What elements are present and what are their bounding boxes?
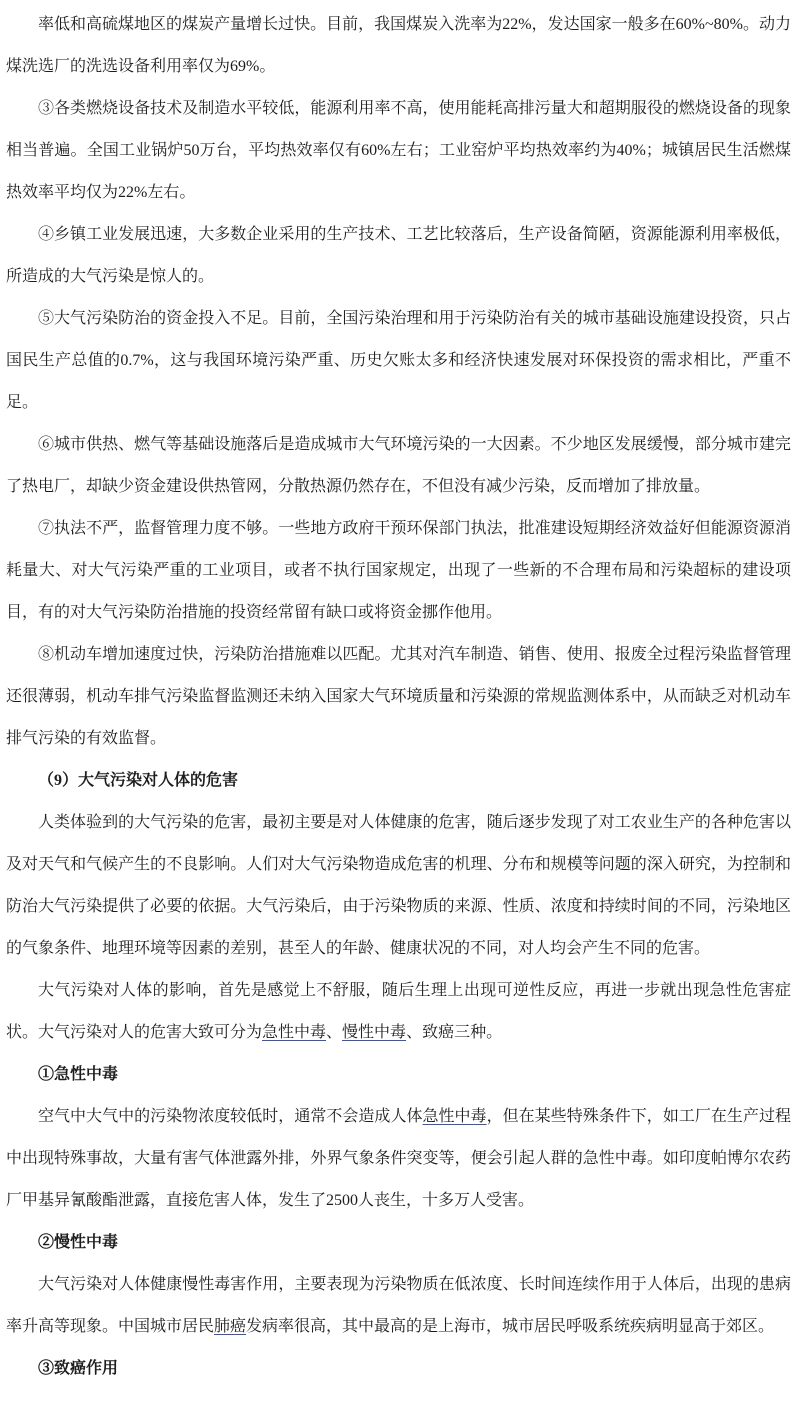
heading: ①急性中毒: [6, 1054, 791, 1096]
paragraph: ⑧机动车增加速度过快，污染防治措施难以匹配。尤其对汽车制造、销售、使用、报废全过…: [6, 634, 791, 760]
paragraph: 大气污染对人体健康慢性毒害作用，主要表现为污染物质在低浓度、长时间连续作用于人体…: [6, 1264, 791, 1348]
heading: （9）大气污染对人体的危害: [6, 760, 791, 802]
paragraph: 空气中大气中的污染物浓度较低时，通常不会造成人体急性中毒，但在某些特殊条件下，如…: [6, 1096, 791, 1222]
numeric-text: 2500: [326, 1192, 358, 1209]
text-run: ，发达国家一般多在: [532, 16, 676, 33]
text-run: 率低和高硫煤地区的煤炭产量增长过快。目前，我国煤炭入洗率为: [38, 16, 502, 33]
underlined-term[interactable]: 肺癌: [214, 1318, 246, 1335]
numeric-text: 69%: [230, 58, 259, 75]
document-page: { "page": { "width": 799, "height": 1293…: [0, 0, 799, 1414]
paragraph: ⑦执法不严，监督管理力度不够。一些地方政府干预环保部门执法，批准建设短期经济效益…: [6, 508, 791, 634]
text-run: ④乡镇工业发展迅速，大多数企业采用的生产技术、工艺比较落后，生产设备简陋，资源能…: [6, 226, 791, 285]
text-run: ①急性中毒: [38, 1066, 118, 1083]
document-body: 率低和高硫煤地区的煤炭产量增长过快。目前，我国煤炭入洗率为22%，发达国家一般多…: [0, 0, 799, 1414]
heading: ③致癌作用: [6, 1348, 791, 1390]
paragraph: 率低和高硫煤地区的煤炭产量增长过快。目前，我国煤炭入洗率为22%，发达国家一般多…: [6, 4, 791, 88]
numeric-text: 60%: [361, 142, 390, 159]
text-run: ）大气污染对人体的危害: [62, 772, 238, 789]
text-run: 、: [326, 1024, 342, 1041]
text-run: ⑥城市供热、燃气等基础设施落后是造成城市大气环境污染的一大因素。不少地区发展缓慢…: [6, 436, 791, 495]
paragraph: ④乡镇工业发展迅速，大多数企业采用的生产技术、工艺比较落后，生产设备简陋，资源能…: [6, 214, 791, 298]
numeric-text: 0.7%: [120, 352, 153, 369]
paragraph: ③各类燃烧设备技术及制造水平较低，能源利用率不高，使用能耗高排污量大和超期服役的…: [6, 88, 791, 214]
numeric-text: 22%: [502, 16, 531, 33]
text-run: ③致癌作用: [38, 1360, 118, 1377]
paragraph: 大气污染对人体的影响，首先是感觉上不舒服，随后生理上出现可逆性反应，再进一步就出…: [6, 970, 791, 1054]
paragraph: ⑤大气污染防治的资金投入不足。目前，全国污染治理和用于污染防治有关的城市基础设施…: [6, 298, 791, 424]
underlined-term[interactable]: 慢性中毒: [342, 1024, 406, 1041]
numeric-text: 9: [54, 772, 62, 789]
underlined-term[interactable]: 急性中毒: [423, 1108, 487, 1125]
text-run: 人丧生，十多万人受害。: [358, 1192, 534, 1209]
text-run: 万台，平均热效率仅有: [200, 142, 362, 159]
text-run: ②慢性中毒: [38, 1234, 118, 1251]
text-run: ⑧机动车增加速度过快，污染防治措施难以匹配。尤其对汽车制造、销售、使用、报废全过…: [6, 646, 791, 747]
text-run: 左右。: [147, 184, 195, 201]
text-run: ⑦执法不严，监督管理力度不够。一些地方政府干预环保部门执法，批准建设短期经济效益…: [6, 520, 791, 621]
numeric-text: 22%: [118, 184, 147, 201]
paragraph: ⑥城市供热、燃气等基础设施落后是造成城市大气环境污染的一大因素。不少地区发展缓慢…: [6, 424, 791, 508]
text-run: 发病率很高，其中最高的是上海市，城市居民呼吸系统疾病明显高于郊区。: [246, 1318, 774, 1335]
numeric-text: 40%: [617, 142, 646, 159]
heading: ②慢性中毒: [6, 1222, 791, 1264]
text-run: 。: [259, 58, 275, 75]
paragraph: 人类体验到的大气污染的危害，最初主要是对人体健康的危害，随后逐步发现了对工农业生…: [6, 802, 791, 970]
text-run: 、致癌三种。: [406, 1024, 502, 1041]
text-run: 人类体验到的大气污染的危害，最初主要是对人体健康的危害，随后逐步发现了对工农业生…: [6, 814, 791, 957]
text-run: 左右；工业窑炉平均热效率约为: [390, 142, 616, 159]
text-run: （: [38, 772, 54, 789]
underlined-term[interactable]: 急性中毒: [262, 1024, 326, 1041]
numeric-text: 60%~80%: [676, 16, 743, 33]
numeric-text: 50: [184, 142, 200, 159]
text-run: 空气中大气中的污染物浓度较低时，通常不会造成人体: [38, 1108, 423, 1125]
